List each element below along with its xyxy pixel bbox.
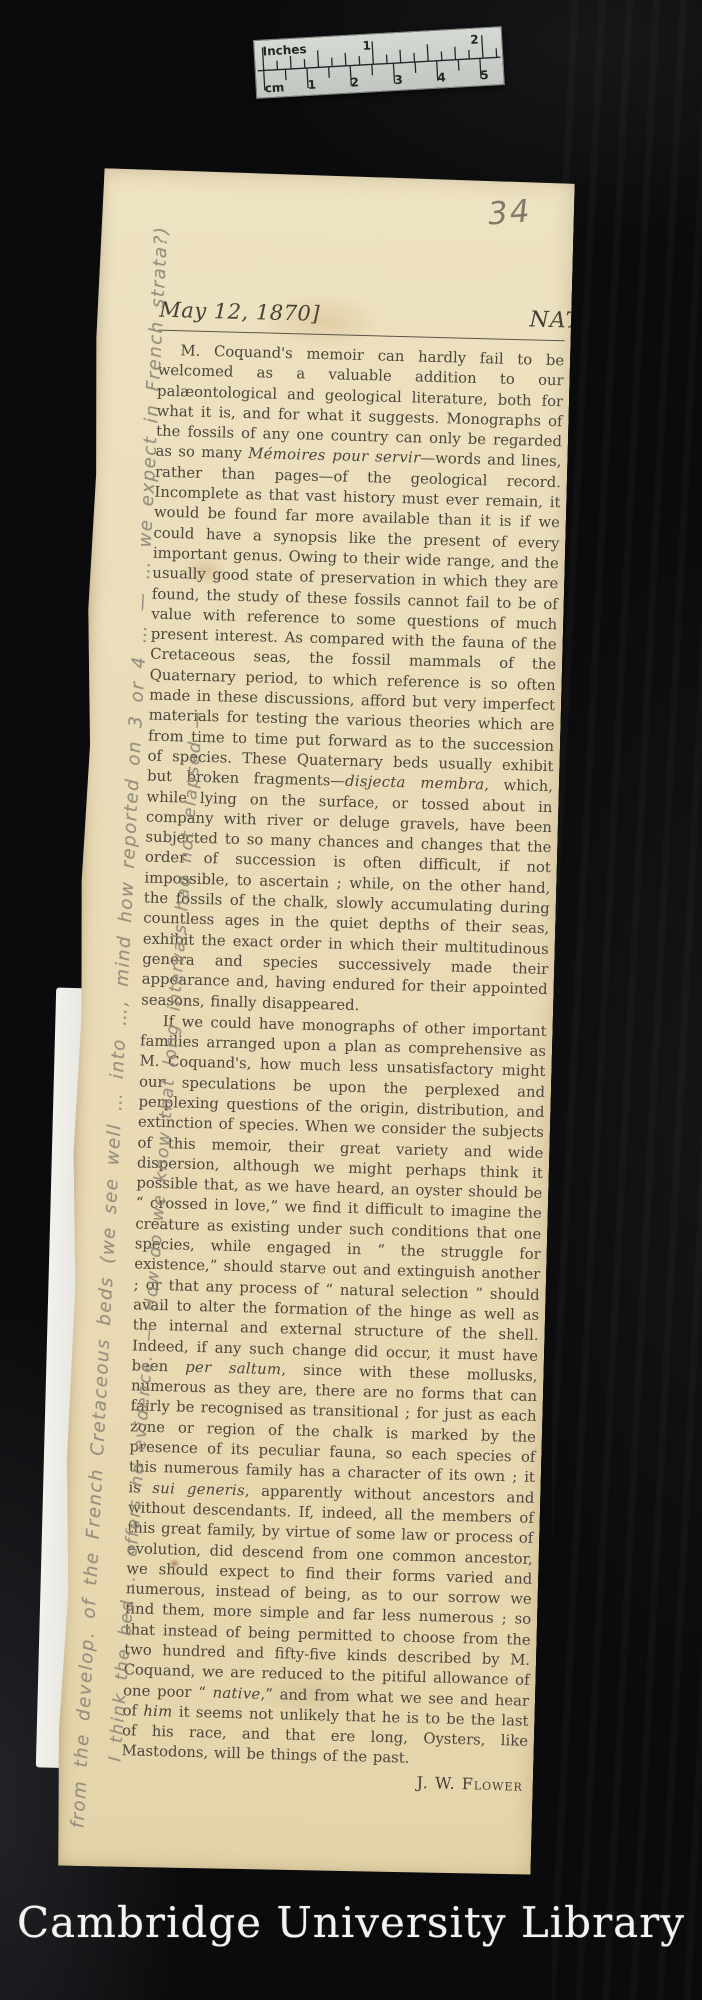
ruler-ticks — [254, 27, 504, 98]
background-cloth-folds — [552, 0, 702, 2000]
measurement-ruler: Inches 1 2 cm 1 2 3 4 5 — [253, 26, 505, 99]
pencil-page-number: 34 — [487, 193, 533, 232]
ruler-inches-label: Inches — [262, 43, 307, 57]
ruler-cm-number: 1 — [307, 79, 316, 91]
ruler-inch-number: 2 — [470, 33, 479, 45]
ruler-cm-number: 5 — [480, 69, 489, 81]
library-watermark: Cambridge University Library — [0, 1898, 702, 1947]
ruler-inch-number: 1 — [362, 39, 371, 51]
article-date: May 12, 1870] — [159, 298, 320, 326]
ruler-cm-label: cm — [264, 81, 284, 94]
article-paragraph-1: M. Coquand's memoir can hardly fail to b… — [141, 341, 564, 1021]
ruler-cm-number: 3 — [394, 74, 403, 86]
article-column: May 12, 1870] NAT M. Coquand's memoir ca… — [121, 298, 566, 1795]
ruler-cm-number: 4 — [437, 71, 446, 83]
photo-stage: Inches 1 2 cm 1 2 3 4 5 34 May 12, 1870]… — [0, 0, 702, 2000]
newspaper-clipping: 34 May 12, 1870] NAT M. Coquand's memoir… — [53, 168, 575, 1878]
article-paragraph-2: If we could have monographs of other imp… — [121, 1011, 547, 1772]
ruler-cm-number: 2 — [350, 76, 359, 88]
